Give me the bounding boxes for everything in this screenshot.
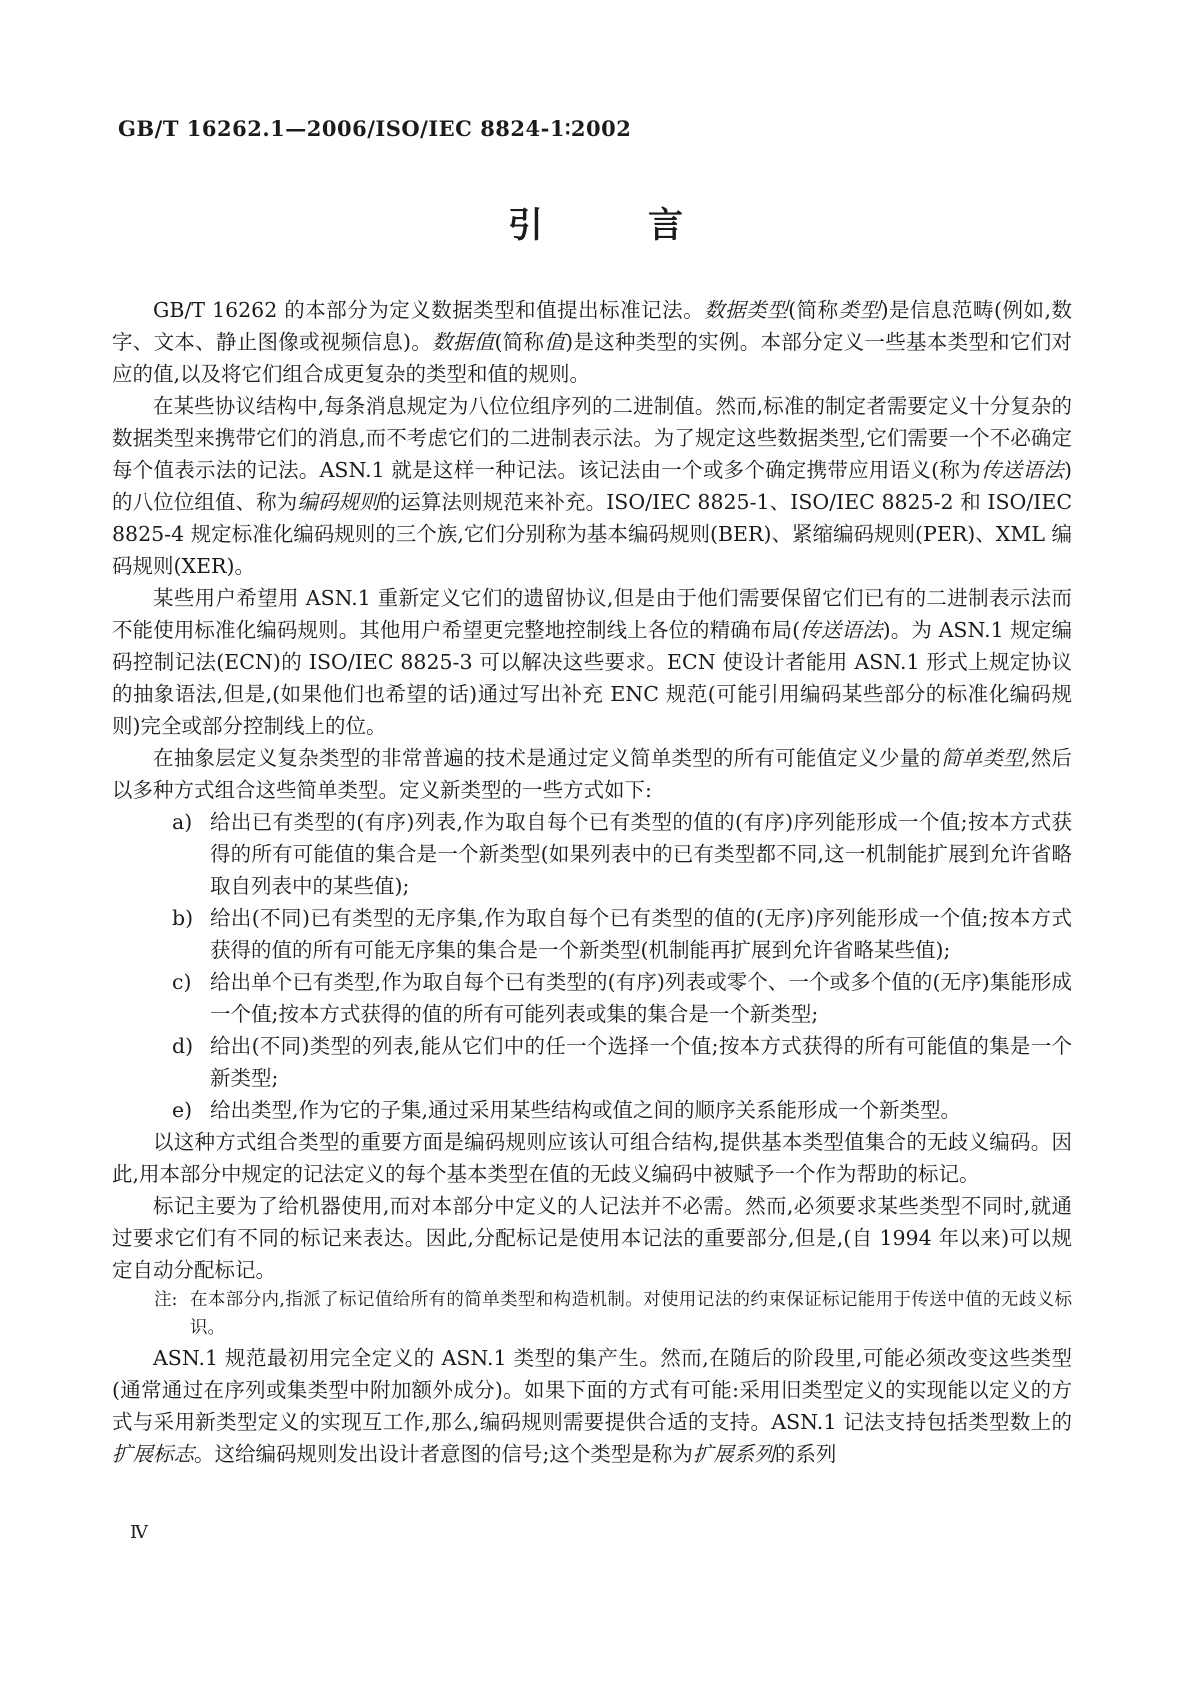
- list-marker: c): [172, 966, 191, 998]
- paragraph: 以这种方式组合类型的重要方面是编码规则应该认可组合结构,提供基本类型值集合的无歧…: [112, 1126, 1072, 1190]
- text-run: 扩展标志: [112, 1442, 194, 1466]
- text-run: 在本部分内,指派了标记值给所有的简单类型和构造机制。对使用记法的约束保证标记能用…: [190, 1290, 1072, 1338]
- text-run: 。这给编码规则发出设计者意图的信号;这个类型是称为: [194, 1442, 693, 1466]
- page-number: Ⅳ: [130, 1522, 148, 1543]
- text-run: 值: [544, 330, 565, 354]
- text-run: 给出(不同)类型的列表,能从它们中的任一个选择一个值;按本方式获得的所有可能值的…: [210, 1034, 1072, 1090]
- paragraph: 标记主要为了给机器使用,而对本部分中定义的人记法并不必需。然而,必须要求某些类型…: [112, 1190, 1072, 1286]
- text-run: 以这种方式组合类型的重要方面是编码规则应该认可组合结构,提供基本类型值集合的无歧…: [112, 1130, 1072, 1186]
- list-marker: b): [172, 902, 193, 934]
- list-marker: d): [172, 1030, 193, 1062]
- text-run: 传送语法: [800, 618, 883, 642]
- text-run: ASN.1 规范最初用完全定义的 ASN.1 类型的集产生。然而,在随后的阶段里…: [112, 1346, 1072, 1434]
- text-run: 数据类型: [704, 298, 788, 322]
- text-run: 扩展系列: [693, 1442, 775, 1466]
- text-run: 类型: [839, 298, 881, 322]
- text-run: 给出类型,作为它的子集,通过采用某些结构或值之间的顺序关系能形成一个新类型。: [210, 1098, 961, 1122]
- list-item: a)给出已有类型的(有序)列表,作为取自每个已有类型的值的(有序)序列能形成一个…: [112, 806, 1072, 902]
- list-marker: e): [172, 1094, 192, 1126]
- list-marker: a): [172, 806, 192, 838]
- paragraph: 在抽象层定义复杂类型的非常普遍的技术是通过定义简单类型的所有可能值定义少量的简单…: [112, 742, 1072, 806]
- list-item: e)给出类型,作为它的子集,通过采用某些结构或值之间的顺序关系能形成一个新类型。: [112, 1094, 1072, 1126]
- list-item: c)给出单个已有类型,作为取自每个已有类型的(有序)列表或零个、一个或多个值的(…: [112, 966, 1072, 1030]
- text-run: 给出(不同)已有类型的无序集,作为取自每个已有类型的值的(无序)序列能形成一个值…: [210, 906, 1072, 962]
- paragraph: 某些用户希望用 ASN.1 重新定义它们的遗留协议,但是由于他们需要保留它们已有…: [112, 582, 1072, 742]
- text-run: GB/T 16262 的本部分为定义数据类型和值提出标准记法。: [153, 298, 704, 322]
- list-item: b)给出(不同)已有类型的无序集,作为取自每个已有类型的值的(无序)序列能形成一…: [112, 902, 1072, 966]
- standard-code-header: GB/T 16262.1—2006/ISO/IEC 8824-1∶2002: [118, 116, 631, 141]
- document-page: GB/T 16262.1—2006/ISO/IEC 8824-1∶2002 引 …: [0, 0, 1191, 1684]
- text-run: (简称: [494, 330, 544, 354]
- note: 注:在本部分内,指派了标记值给所有的简单类型和构造机制。对使用记法的约束保证标记…: [112, 1286, 1072, 1342]
- note-label: 注:: [154, 1286, 177, 1314]
- text-run: 数据值: [432, 330, 494, 354]
- text-run: (简称: [788, 298, 838, 322]
- text-run: 在抽象层定义复杂类型的非常普遍的技术是通过定义简单类型的所有可能值定义少量的: [153, 746, 941, 770]
- paragraph: ASN.1 规范最初用完全定义的 ASN.1 类型的集产生。然而,在随后的阶段里…: [112, 1342, 1072, 1470]
- text-run: 传送语法: [981, 458, 1064, 482]
- text-run: 标记主要为了给机器使用,而对本部分中定义的人记法并不必需。然而,必须要求某些类型…: [112, 1194, 1072, 1282]
- text-run: 简单类型: [941, 746, 1024, 770]
- text-run: 给出已有类型的(有序)列表,作为取自每个已有类型的值的(有序)序列能形成一个值;…: [210, 810, 1072, 898]
- paragraph: 在某些协议结构中,每条消息规定为八位位组序列的二进制值。然而,标准的制定者需要定…: [112, 390, 1072, 582]
- text-run: 的系列: [775, 1442, 837, 1466]
- text-run: 在某些协议结构中,每条消息规定为八位位组序列的二进制值。然而,标准的制定者需要定…: [112, 394, 1072, 482]
- page-title: 引 言: [0, 198, 1191, 248]
- list-item: d)给出(不同)类型的列表,能从它们中的任一个选择一个值;按本方式获得的所有可能…: [112, 1030, 1072, 1094]
- text-run: 编码规则: [297, 490, 379, 514]
- body-content: GB/T 16262 的本部分为定义数据类型和值提出标准记法。数据类型(简称类型…: [112, 294, 1072, 1470]
- paragraph: GB/T 16262 的本部分为定义数据类型和值提出标准记法。数据类型(简称类型…: [112, 294, 1072, 390]
- text-run: 给出单个已有类型,作为取自每个已有类型的(有序)列表或零个、一个或多个值的(无序…: [210, 970, 1072, 1026]
